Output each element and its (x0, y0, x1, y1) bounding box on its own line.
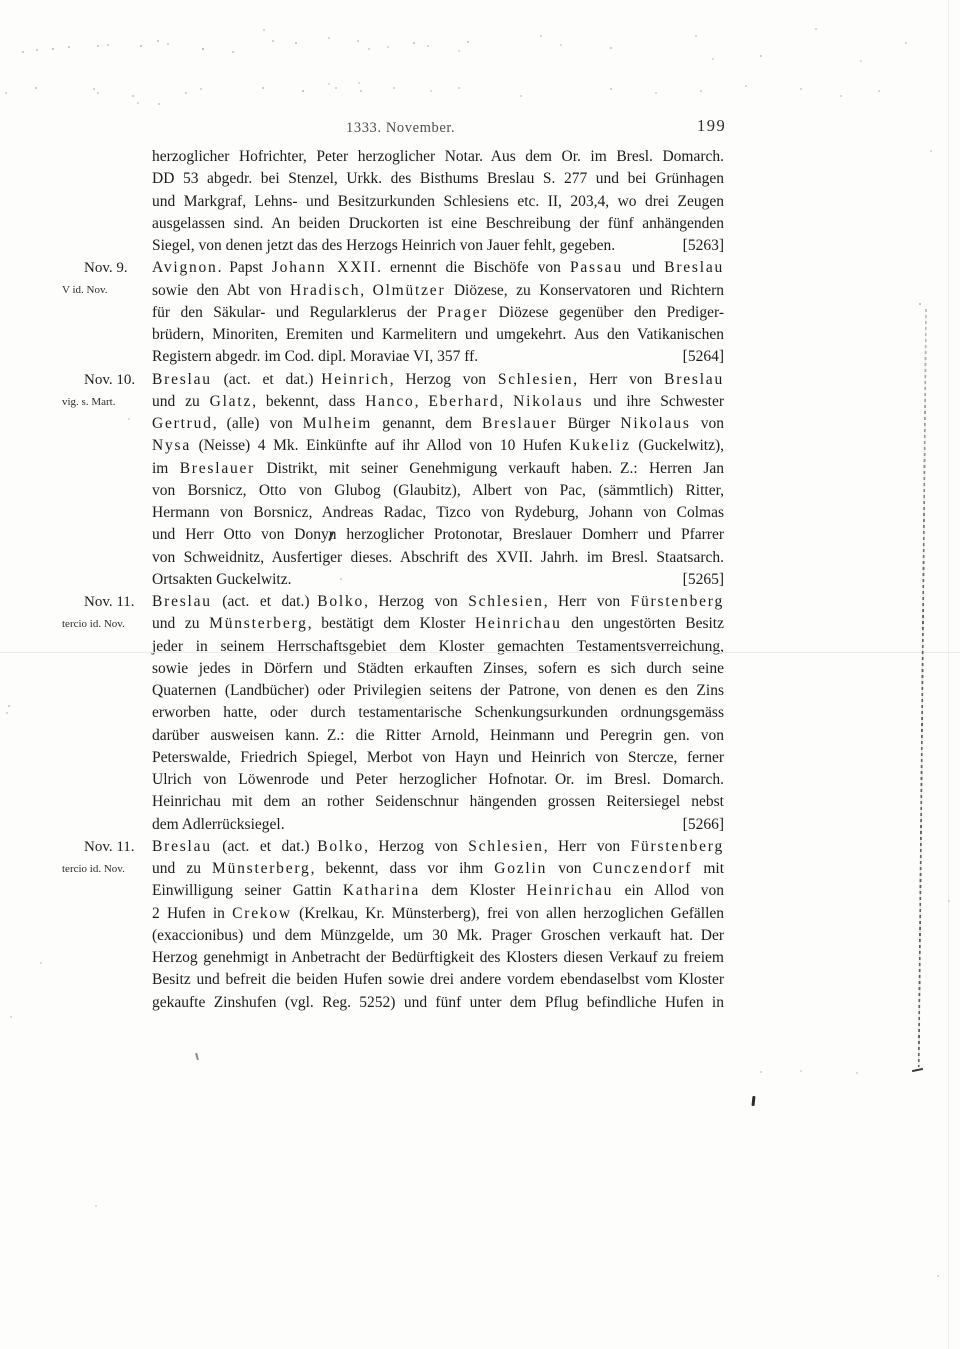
line-text: Siegel, von denen jetzt das des Herzogs … (152, 235, 615, 257)
line-text: Ortsakten Guckelwitz. (152, 569, 291, 591)
speck-dot (856, 1072, 858, 1074)
speck-dot (335, 87, 337, 89)
speck-dot (95, 1205, 97, 1207)
text-line: von Schweidnitz, Ausfertiger dieses. Abs… (152, 547, 724, 569)
letterspaced-name: Nikolaus (513, 393, 583, 410)
speck-dot (40, 962, 42, 964)
speck-dot (655, 92, 657, 94)
speck-dot (695, 35, 697, 37)
speck-dot (800, 1070, 802, 1072)
speck-dot (5, 92, 7, 94)
letterspaced-name: Kukeliz (569, 437, 631, 454)
line-text: darüber ausweisen kann. Z.: die Ritter A… (152, 727, 724, 744)
speck-dot (860, 60, 862, 62)
line-text: Nysa (Neisse) 4 Mk. Einkünfte auf ihr Al… (152, 437, 724, 454)
speck-dot (200, 88, 202, 90)
speck-dot (610, 88, 612, 90)
text-line: Siegel, von denen jetzt das des Herzogs … (152, 235, 724, 257)
speck-dot (358, 82, 360, 84)
regest-number: [5263] (683, 235, 724, 257)
text-line: und Herr Otto von Donyn herzoglicher Pro… (152, 524, 724, 546)
text-line: im Breslauer Distrikt, mit seiner Genehm… (152, 458, 724, 480)
letterspaced-name: Fürstenberg (631, 838, 724, 855)
letterspaced-name: Fürstenberg (631, 593, 724, 610)
scan-scratch (918, 309, 927, 1067)
text-line: und zu Glatz, bekennt, dass Hanco, Eberh… (152, 391, 724, 413)
ink-blot-mark (751, 1096, 755, 1106)
text-line: Breslau (act. et dat.) Heinrich, Herzog … (152, 369, 724, 391)
speck-dot (272, 40, 274, 42)
letterspaced-name: Schlesien (468, 593, 543, 610)
line-text: und zu Glatz, bekennt, dass Hanco, Eberh… (152, 393, 724, 410)
line-text: brüdern, Minoriten, Eremiten und Karmeli… (152, 326, 724, 343)
letterspaced-name: Crekow (232, 905, 292, 922)
speck-dot (368, 48, 370, 50)
text-line: sowie jedes in Dörfern und Städten erkau… (152, 658, 724, 680)
speck-dot (97, 45, 99, 47)
speck-dot (760, 1071, 762, 1073)
text-line: dem Adlerrücksiegel.[5266] (152, 814, 724, 836)
text-line: herzoglicher Hofrichter, Peter herzoglic… (152, 146, 724, 168)
letterspaced-name: Heinrichau (475, 615, 562, 632)
line-text: und zu Münsterberg, bekennt, dass vor ih… (152, 860, 724, 877)
speck-dot (458, 50, 460, 52)
letterspaced-name: Gertrud (152, 415, 213, 432)
text-line: Ortsakten Guckelwitz.[5265] (152, 569, 724, 591)
letterspaced-name: Breslau (664, 259, 724, 276)
speck-dot (560, 44, 562, 46)
speck-dot (413, 42, 415, 44)
speck-dot (202, 48, 204, 50)
line-text: sowie jedes in Dörfern und Städten erkau… (152, 660, 724, 677)
speck-dot (158, 103, 160, 105)
line-text: Ulrich von Löwenrode und Peter herzoglic… (152, 771, 724, 788)
speck-dot (140, 45, 142, 47)
speck-dot (295, 42, 297, 44)
letterspaced-name: Nysa (152, 437, 191, 454)
speck-dot (52, 48, 54, 50)
letterspaced-name: Schlesien (468, 838, 543, 855)
text-line: Nysa (Neisse) 4 Mk. Einkünfte auf ihr Al… (152, 435, 724, 457)
text-line: brüdern, Minoriten, Eremiten und Karmeli… (152, 324, 724, 346)
text-line: gekaufte Zinshufen (vgl. Reg. 5252) und … (152, 992, 724, 1014)
speck-dot (137, 102, 139, 104)
text-line: für den Säkular- und Regularklerus der P… (152, 302, 724, 324)
line-text: Peterswalde, Friedrich Spiegel, Merbot v… (152, 749, 724, 766)
text-line: und zu Münsterberg, bekennt, dass vor ih… (152, 858, 724, 880)
speck-dot (430, 90, 432, 92)
letterspaced-name: Hanco (365, 393, 414, 410)
line-text: von Borsnicz, Otto von Glubog (Glaubitz)… (152, 482, 724, 499)
margin-date-roman: vig. s. Mart. (62, 396, 115, 408)
line-text: Avignon. Papst Johann XXII. ernennt die … (152, 259, 724, 276)
letterspaced-name: Avignon (152, 259, 218, 276)
speck-dot (157, 40, 159, 42)
speck-dot (905, 42, 907, 44)
speck-dot (387, 46, 389, 48)
line-text: Registern abgedr. im Cod. dipl. Moraviae… (152, 346, 478, 368)
line-text: 2 Hufen in Crekow (Krelkau, Kr. Münsterb… (152, 905, 724, 922)
text-line: erworben hatte, oder durch testamentaris… (152, 702, 724, 724)
letterspaced-name: Hradisch (290, 282, 360, 299)
text-line: und zu Münsterberg, bestätigt dem Kloste… (152, 613, 724, 635)
line-text: Breslau (act. et dat.) Heinrich, Herzog … (152, 371, 724, 388)
line-text: Quaternen (Landbücher) oder Privilegien … (152, 682, 724, 699)
text-line: und Markgraf, Lehns- und Besitzurkunden … (152, 191, 724, 213)
line-text: gekaufte Zinshufen (vgl. Reg. 5252) und … (152, 994, 724, 1011)
speck-dot (815, 28, 817, 30)
letterspaced-name: Bolko (317, 838, 364, 855)
speck-dot (93, 88, 95, 90)
line-text: DD 53 abgedr. bei Stenzel, Urkk. des Bis… (152, 170, 724, 187)
text-line: Gertrud, (alle) von Mulheim genannt, dem… (152, 413, 724, 435)
letterspaced-name: Eberhard (428, 393, 499, 410)
speck-dot (357, 40, 359, 42)
text-line: sowie den Abt von Hradisch, Olmützer Diö… (152, 280, 724, 302)
letterspaced-name: Passau (570, 259, 623, 276)
text-line: Besitz und befreit die beiden Hufen sowi… (152, 969, 724, 991)
line-text: und zu Münsterberg, bestätigt dem Kloste… (152, 615, 724, 632)
line-text: Gertrud, (alle) von Mulheim genannt, dem… (152, 415, 724, 432)
text-line: Einwilligung seiner Gattin Katharina dem… (152, 880, 724, 902)
speck-dot (878, 90, 880, 92)
speck-dot (948, 900, 950, 902)
margin-date-roman: tercio id. Nov. (62, 618, 125, 630)
text-line: darüber ausweisen kann. Z.: die Ritter A… (152, 725, 724, 747)
letterspaced-name: Breslauer (180, 460, 255, 477)
line-text: Herzog genehmigt in Anbetracht der Bedür… (152, 949, 724, 966)
text-column: herzoglicher Hofrichter, Peter herzoglic… (152, 146, 724, 1014)
speck-dot (132, 95, 134, 97)
text-line: 2 Hufen in Crekow (Krelkau, Kr. Münsterb… (152, 903, 724, 925)
line-text: Besitz und befreit die beiden Hufen sowi… (152, 971, 724, 988)
speck-dot (263, 29, 265, 31)
ink-speck-mark (195, 1053, 199, 1060)
running-header-date: 1333. November. (346, 120, 455, 137)
regest-number: [5264] (683, 346, 724, 368)
letterspaced-name: Münsterberg (209, 615, 308, 632)
text-line: Ulrich von Löwenrode und Peter herzoglic… (152, 769, 724, 791)
margin-date-roman: tercio id. Nov. (62, 863, 125, 875)
speck-dot (937, 1275, 939, 1277)
line-text: erworben hatte, oder durch testamentaris… (152, 704, 724, 721)
speck-dot (427, 45, 429, 47)
speck-dot (360, 90, 362, 92)
speck-dot (540, 35, 542, 37)
speck-dot (340, 578, 342, 580)
speck-dot (97, 92, 99, 94)
speck-dot (232, 51, 234, 53)
line-text: herzoglicher Hofrichter, Peter herzoglic… (152, 148, 724, 165)
speck-dot (393, 87, 395, 89)
speck-dot (302, 90, 304, 92)
line-text: ausgelassen sind. An beiden Druckorten i… (152, 215, 724, 232)
line-text: im Breslauer Distrikt, mit seiner Genehm… (152, 460, 724, 477)
speck-dot (36, 49, 38, 51)
speck-dot (458, 87, 460, 89)
line-text: Heinrichau mit dem an rother Seidenschnu… (152, 793, 724, 810)
line-text: für den Säkular- und Regularklerus der P… (152, 304, 724, 321)
speck-dot (68, 46, 70, 48)
speck-dot (328, 83, 330, 85)
speck-dot (35, 87, 37, 89)
speck-dot (467, 41, 469, 43)
letterspaced-name: Schlesien (498, 371, 573, 388)
speck-dot (610, 47, 612, 49)
letterspaced-name: Glatz (210, 393, 252, 410)
speck-dot (520, 95, 522, 97)
line-text: und Markgraf, Lehns- und Besitzurkunden … (152, 193, 724, 210)
line-text: und Herr Otto von Donyn herzoglicher Pro… (152, 526, 724, 543)
letterspaced-name: Cunczendorf (593, 860, 693, 877)
line-text: Breslau (act. et dat.) Bolko, Herzog von… (152, 593, 724, 610)
speck-dot (328, 37, 330, 39)
line-text: von Schweidnitz, Ausfertiger dieses. Abs… (152, 549, 724, 566)
text-line: ausgelassen sind. An beiden Druckorten i… (152, 213, 724, 235)
margin-date: Nov. 11. (84, 839, 135, 856)
text-line: Heinrichau mit dem an rother Seidenschnu… (152, 791, 724, 813)
text-line: Breslau (act. et dat.) Bolko, Herzog von… (152, 591, 724, 613)
letterspaced-name: Heinrich (321, 371, 390, 388)
speck-dot (262, 87, 264, 89)
text-line: DD 53 abgedr. bei Stenzel, Urkk. des Bis… (152, 168, 724, 190)
text-line: jeder in seinem Herrschaftsgebiet dem Kl… (152, 636, 724, 658)
text-line: Quaternen (Landbücher) oder Privilegien … (152, 680, 724, 702)
text-line: Avignon. Papst Johann XXII. ernennt die … (152, 257, 724, 279)
letterspaced-name: Heinrichau (527, 882, 614, 899)
line-text: (exaccionibus) und dem Münzgelde, um 30 … (152, 927, 724, 944)
letterspaced-name: Nikolaus (620, 415, 690, 432)
scanned-book-page: 1333. November. 199 Nov. 9.V id. Nov.Nov… (0, 0, 960, 1349)
text-line: Registern abgedr. im Cod. dipl. Moraviae… (152, 346, 724, 368)
letterspaced-name: Breslauer (482, 415, 557, 432)
speck-dot (185, 92, 187, 94)
letterspaced-name: Gozlin (494, 860, 547, 877)
speck-dot (745, 85, 747, 87)
margin-date: Nov. 9. (84, 260, 128, 277)
letterspaced-name: Breslau (152, 838, 212, 855)
scan-fold-line (0, 652, 960, 653)
letterspaced-name: Katharina (343, 882, 420, 899)
letterspaced-name: Mulheim (303, 415, 372, 432)
line-text: Hermann von Borsnicz, Andreas Radac, Tiz… (152, 504, 724, 521)
line-text: Breslau (act. et dat.) Bolko, Herzog von… (152, 838, 724, 855)
letterspaced-name: Prager (437, 304, 488, 321)
speck-dot (800, 88, 802, 90)
speck-dot (919, 303, 921, 305)
text-line: Herzog genehmigt in Anbetracht der Bedür… (152, 947, 724, 969)
letterspaced-name: Johann XXII (272, 259, 377, 276)
text-line: Hermann von Borsnicz, Andreas Radac, Tiz… (152, 502, 724, 524)
margin-date: Nov. 10. (84, 372, 135, 389)
scan-scratch-end (912, 1068, 923, 1072)
text-line: Peterswalde, Friedrich Spiegel, Merbot v… (152, 747, 724, 769)
regest-number: [5265] (683, 569, 724, 591)
letterspaced-name: Bolko (317, 593, 364, 610)
letterspaced-name: Breslau (152, 593, 212, 610)
page-number: 199 (697, 116, 726, 136)
scan-edge-line (948, 0, 949, 1349)
speck-dot (700, 90, 702, 92)
letterspaced-name: Breslau (152, 371, 212, 388)
speck-dot (840, 95, 842, 97)
line-text: dem Adlerrücksiegel. (152, 814, 285, 836)
letterspaced-name: Münsterberg (212, 860, 311, 877)
letterspaced-name: Breslau (664, 371, 724, 388)
line-text: Einwilligung seiner Gattin Katharina dem… (152, 882, 724, 899)
speck-dot (712, 58, 714, 60)
speck-dot (22, 51, 24, 53)
regest-number: [5266] (683, 814, 724, 836)
speck-dot (8, 705, 10, 707)
margin-date: Nov. 11. (84, 594, 135, 611)
speck-dot (930, 150, 932, 152)
speck-dot (6, 712, 8, 714)
line-text: sowie den Abt von Hradisch, Olmützer Diö… (152, 282, 724, 299)
text-line: (exaccionibus) und dem Münzgelde, um 30 … (152, 925, 724, 947)
margin-date-roman: V id. Nov. (62, 284, 108, 296)
speck-dot (760, 55, 762, 57)
text-line: von Borsnicz, Otto von Glubog (Glaubitz)… (152, 480, 724, 502)
speck-dot (128, 418, 130, 420)
text-line: Breslau (act. et dat.) Bolko, Herzog von… (152, 836, 724, 858)
speck-dot (167, 43, 169, 45)
speck-dot (107, 44, 109, 46)
speck-dot (10, 1016, 12, 1018)
letterspaced-name: Olmützer (373, 282, 446, 299)
